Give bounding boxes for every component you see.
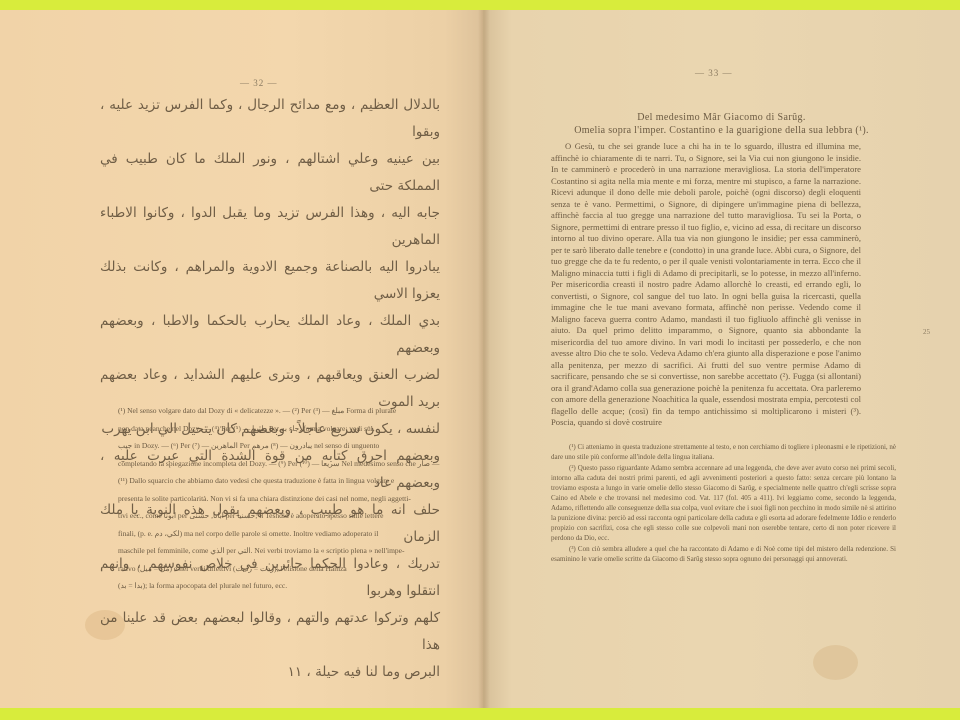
arabic-line: كلهم وتركوا عدتهم والتهم ، وقالوا لبعضهم…: [100, 605, 440, 659]
arabic-line: بدي الملك ، وعاد الملك يحارب بالحكما وال…: [100, 308, 440, 362]
footnote: (²) Questo passo riguardante Adamo sembr…: [551, 463, 896, 543]
footnote: (¹) Ci atteniamo in questa traduzione st…: [551, 442, 896, 462]
footnote-line: maschile pel femminile, come الذي per ال…: [118, 542, 448, 560]
footnote: (³) Con ciò sembra alludere a quel che h…: [551, 544, 896, 564]
footnote-line: completando la spiegazione incompleta de…: [118, 455, 448, 473]
arabic-line: بين عينيه وعلي اشتالهم ، ونور الملك ما ك…: [100, 146, 440, 200]
arabic-line: جابه اليه ، وهذا الفرس تزيد وما يقبل الد…: [100, 200, 440, 254]
footnote-line: rativo (مل = ميل) e nei verbi difettivi …: [118, 560, 448, 578]
section-subheading: Omelia sopra l'imper. Costantino e la gu…: [483, 125, 960, 136]
paper-stain: [813, 645, 858, 680]
footnote-line: جيب in Dozy. — (⁶) Per الماهرين — (⁷) Pe…: [118, 437, 448, 455]
page-number-left: — 32 —: [240, 78, 278, 88]
footnote-line: (¹¹) Dallo squarcio che abbiamo dato ved…: [118, 472, 448, 490]
left-footnotes: (¹) Nel senso volgare dato dal Dozy di «…: [118, 402, 448, 595]
footnote-line: finali, (p. e. لكي، دم) ma nel corpo del…: [118, 525, 448, 543]
book-gutter: [478, 10, 490, 708]
arabic-line: يبادروا اليه بالصناعة وجميع الادوية والم…: [100, 254, 440, 308]
footnote-line: tivi ecc., come ابونا per ابانا, حسنى pe…: [118, 507, 448, 525]
body-paragraph: O Gesù, tu che sei grande luce a chi ha …: [551, 141, 861, 429]
left-page: — 32 — بالدلال العظيم ، ومع مدائح الرجال…: [0, 10, 483, 708]
arabic-line: بالدلال العظيم ، ومع مدائح الرجال ، وكما…: [100, 92, 440, 146]
book-spread: — 32 — بالدلال العظيم ، ومع مدائح الرجال…: [0, 10, 960, 708]
right-page: — 33 — Del medesimo Mâr Giacomo di Sarûg…: [483, 10, 960, 708]
footnote-line: (بدا = بد); la forma apocopata del plura…: [118, 577, 448, 595]
arabic-line: البرص وما لنا فيه حيلة ، ١١: [100, 659, 440, 686]
page-number-right: — 33 —: [695, 68, 733, 78]
right-footnotes: (¹) Ci atteniamo in questa traduzione st…: [551, 442, 896, 565]
footnote-line: non data neanche nel Dozy. — (⁴) Per طبي…: [118, 420, 448, 438]
section-heading: Del medesimo Mâr Giacomo di Sarûg.: [483, 112, 960, 123]
footnote-line: (¹) Nel senso volgare dato dal Dozy di «…: [118, 402, 448, 420]
footnote-line: presenta le solite particolarità. Non vi…: [118, 490, 448, 508]
arabic-text-block: بالدلال العظيم ، ومع مدائح الرجال ، وكما…: [100, 92, 440, 686]
line-number-marker: 25: [923, 328, 930, 336]
italian-body-text: O Gesù, tu che sei grande luce a chi ha …: [551, 141, 861, 429]
